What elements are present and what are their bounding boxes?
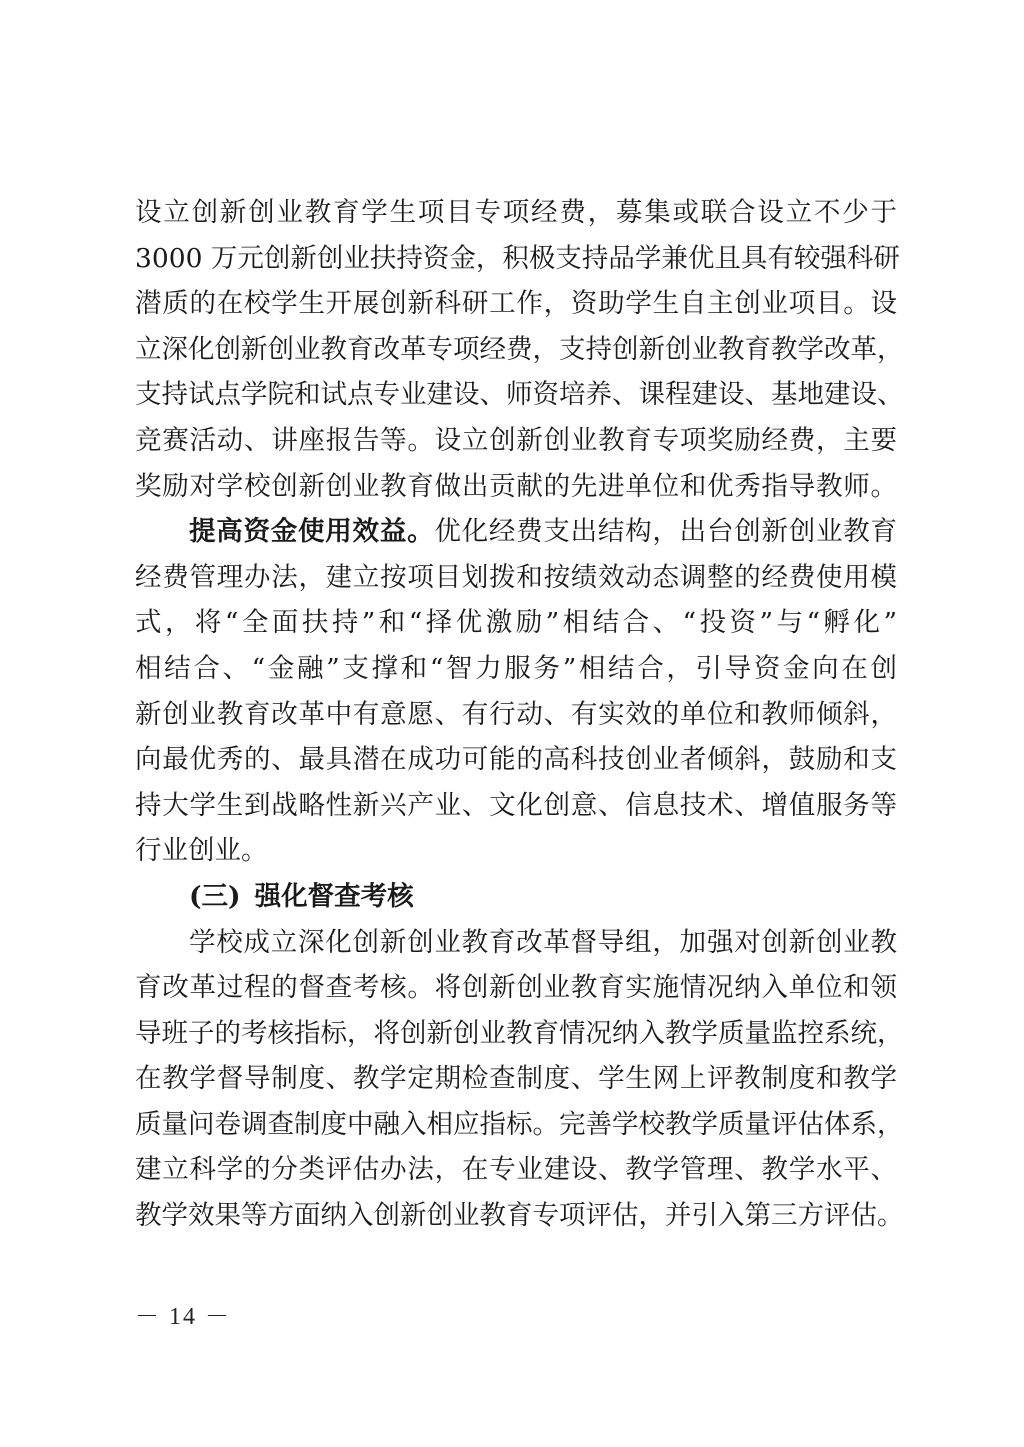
- text-line: 导班子的考核指标，将创新创业教育情况纳入教学质量监控系统，: [135, 1011, 897, 1057]
- text-line: 设立创新创业教育学生项目专项经费，募集或联合设立不少于: [135, 190, 897, 236]
- text-line: 支持试点学院和试点专业建设、师资培养、课程建设、基地建设、: [135, 372, 897, 418]
- text-line: 质量问卷调查制度中融入相应指标。完善学校教学质量评估体系，: [135, 1102, 897, 1148]
- text-line: 竞赛活动、讲座报告等。设立创新创业教育专项奖励经费，主要: [135, 418, 897, 464]
- text-line: 育改革过程的督查考核。将创新创业教育实施情况纳入单位和领: [135, 965, 897, 1011]
- section-number: (三): [189, 881, 241, 912]
- text-line: 教学效果等方面纳入创新创业教育专项评估，并引入第三方评估。: [135, 1193, 897, 1239]
- text-line: 向最优秀的、最具潜在成功可能的高科技创业者倾斜，鼓励和支: [135, 737, 897, 783]
- page-number: － 14 －: [135, 1296, 231, 1331]
- text-line: 经费管理办法，建立按项目划拨和按绩效动态调整的经费使用模: [135, 555, 897, 601]
- text-line: 行业创业。: [135, 828, 897, 874]
- text-line: 在教学督导制度、教学定期检查制度、学生网上评教制度和教学: [135, 1056, 897, 1102]
- text-line: 新创业教育改革中有意愿、有行动、有实效的单位和教师倾斜，: [135, 692, 897, 738]
- text-line: 奖励对学校创新创业教育做出贡献的先进单位和优秀指导教师。: [135, 464, 897, 510]
- paragraph-funding: 设立创新创业教育学生项目专项经费，募集或联合设立不少于 3000 万元创新创业扶…: [135, 190, 897, 509]
- paragraph-fund-efficiency: 提高资金使用效益。优化经费支出结构，出台创新创业教育 经费管理办法，建立按项目划…: [135, 509, 897, 874]
- section-heading: (三)强化督查考核: [135, 874, 897, 920]
- text-line: 立深化创新创业教育改革专项经费，支持创新创业教育教学改革，: [135, 327, 897, 373]
- text-line: 相结合、“金融”支撑和“智力服务”相结合，引导资金向在创: [135, 646, 897, 692]
- section-title: 强化督查考核: [255, 881, 414, 912]
- text-line: 潜质的在校学生开展创新科研工作，资助学生自主创业项目。设: [135, 281, 897, 327]
- text-line: 式，将“全面扶持”和“择优激励”相结合、“投资”与“孵化”: [135, 600, 897, 646]
- paragraph-supervision: 学校成立深化创新创业教育改革督导组，加强对创新创业教 育改革过程的督查考核。将创…: [135, 920, 897, 1239]
- lead-bold-phrase: 提高资金使用效益。: [189, 516, 434, 547]
- text-line-first: 学校成立深化创新创业教育改革督导组，加强对创新创业教: [135, 920, 897, 966]
- first-line-rest: 优化经费支出结构，出台创新创业教育: [434, 516, 897, 547]
- text-line: 3000 万元创新创业扶持资金，积极支持品学兼优且具有较强科研: [135, 236, 897, 282]
- text-line-first: 提高资金使用效益。优化经费支出结构，出台创新创业教育: [135, 509, 897, 555]
- text-line: 建立科学的分类评估办法，在专业建设、教学管理、教学水平、: [135, 1147, 897, 1193]
- text-line: 持大学生到战略性新兴产业、文化创意、信息技术、增值服务等: [135, 783, 897, 829]
- document-page: 设立创新创业教育学生项目专项经费，募集或联合设立不少于 3000 万元创新创业扶…: [135, 190, 897, 1239]
